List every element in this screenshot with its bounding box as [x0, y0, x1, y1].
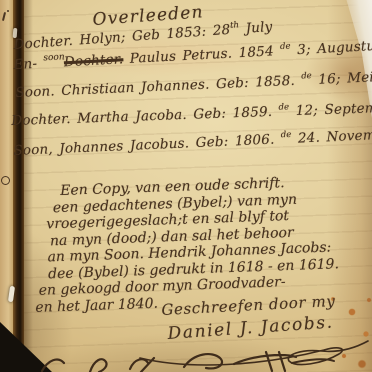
cutoff-handwriting-strokes: [34, 350, 336, 372]
register-entry: Dochter. Martha Jacoba. Geb: 1859. de 12…: [11, 98, 372, 129]
text-segment: Soon. Christiaan Johannes. Geb: 1858.: [15, 73, 302, 101]
text-segment: de: [301, 71, 312, 81]
text-segment: Paulus Petrus. 1854: [123, 43, 281, 67]
text-segment: 16; Mei.: [312, 69, 372, 88]
text-segment: 3; Augustus.: [290, 37, 372, 58]
text-segment: En-: [13, 55, 44, 73]
text-segment: Soon, Johannes Jacobus. Geb: 1806.: [13, 131, 281, 159]
register-entry: Soon, Johannes Jacobus. Geb: 1806. de 24…: [13, 125, 372, 159]
text-segment: 24. November.: [291, 126, 372, 147]
text-segment: July: [239, 19, 273, 37]
text-segment: de: [280, 41, 291, 52]
text-segment: de: [278, 102, 289, 112]
text-segment: Dochter. Martha Jacoba. Geb: 1859.: [11, 104, 279, 129]
register-entry: Soon. Christiaan Johannes. Geb: 1858. de…: [15, 68, 372, 101]
text-segment: Dochter.: [64, 51, 124, 70]
manuscript-photo: Overleeden Dochter. Holyn; Geb 1853: 28t…: [0, 0, 372, 372]
text-segment: soon: [43, 52, 65, 63]
handwriting-layer: Overleeden Dochter. Holyn; Geb 1853: 28t…: [0, 0, 372, 372]
text-segment: 12; September.: [289, 99, 372, 119]
